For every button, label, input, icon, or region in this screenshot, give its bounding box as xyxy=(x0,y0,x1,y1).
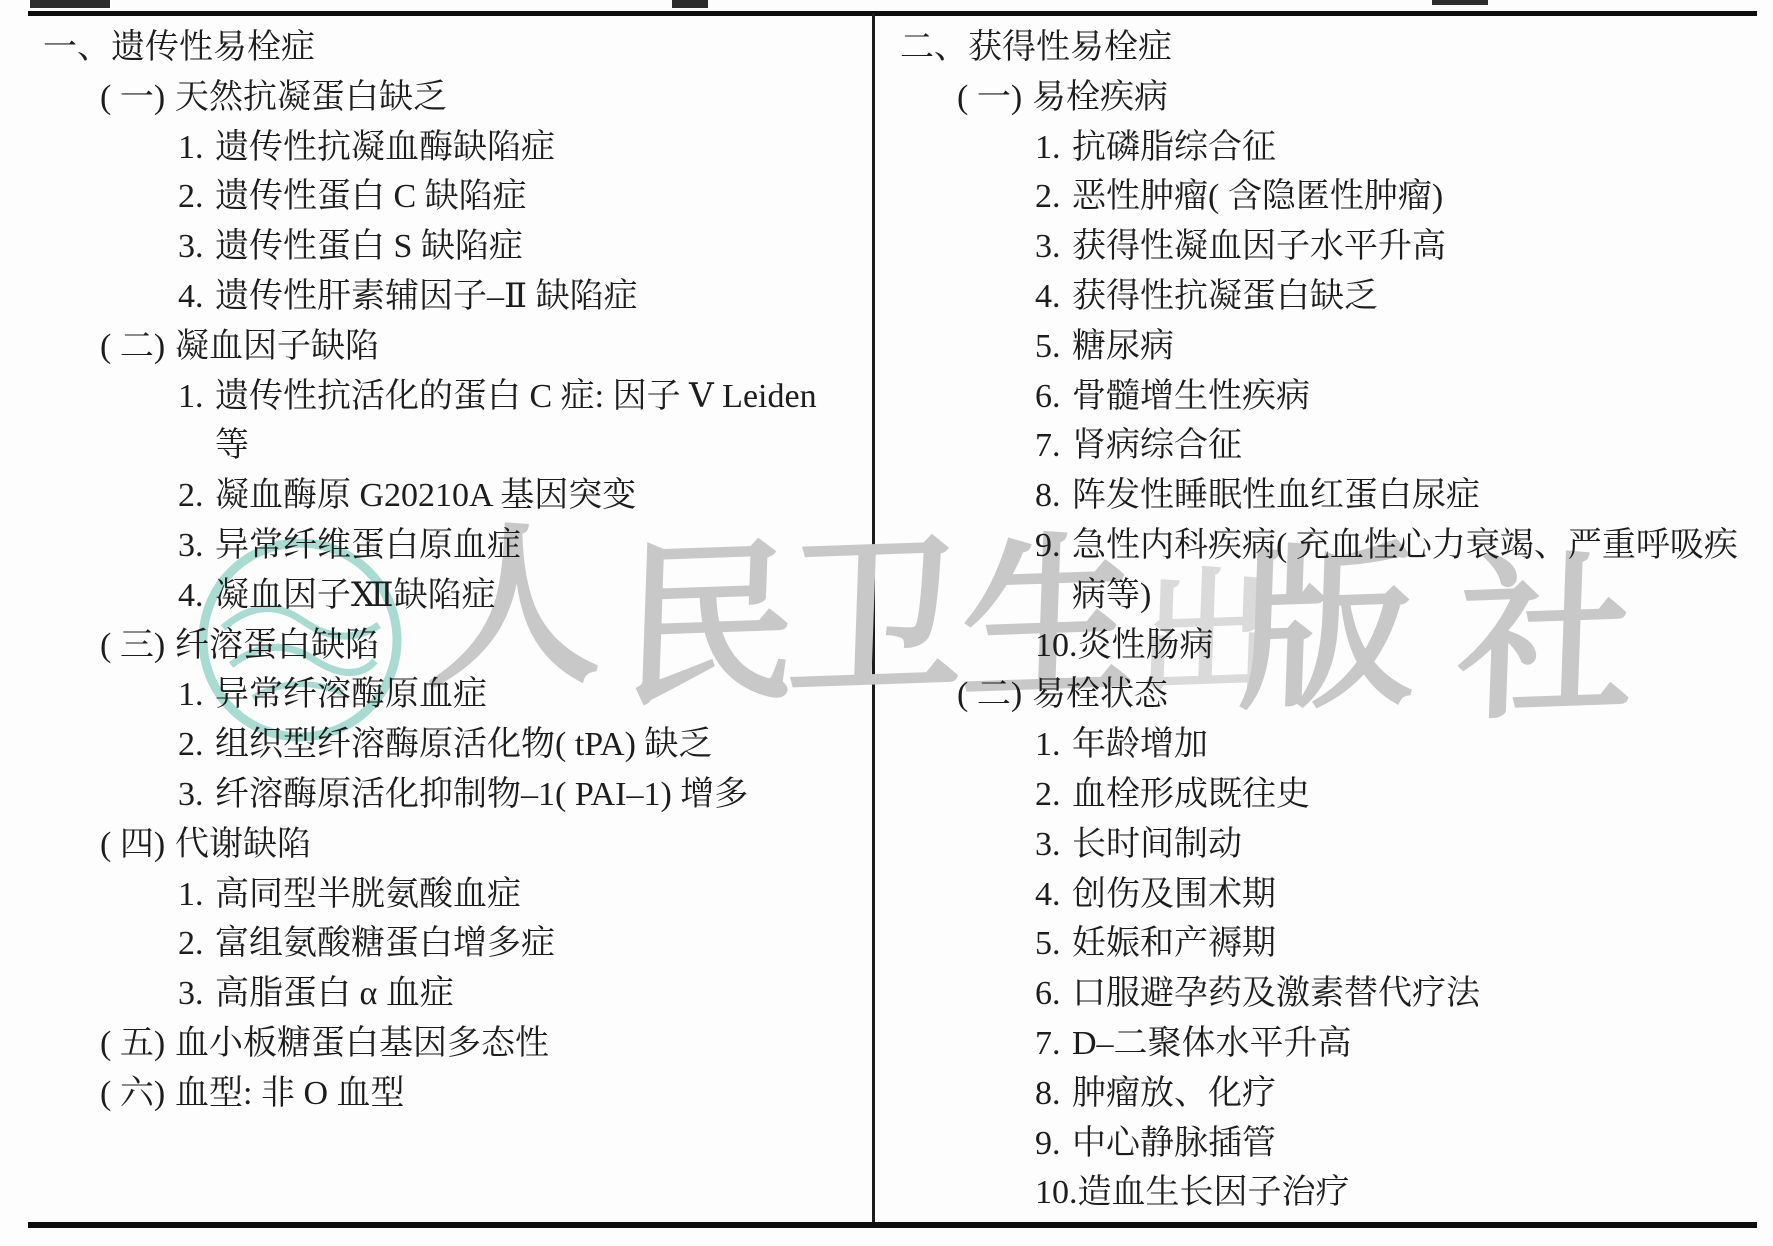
row-text: 血栓形成既往史 xyxy=(1072,776,1310,813)
row-label: ( 五) xyxy=(100,1019,175,1069)
row-label: 2. xyxy=(178,919,215,969)
row-label: 2. xyxy=(178,471,215,521)
row-label: 4. xyxy=(1035,272,1072,322)
row-label: 2. xyxy=(1035,770,1072,820)
list-row: 9.急性内科疾病( 充血性心力衰竭、严重呼吸疾 xyxy=(900,521,1738,571)
row-label: 10. xyxy=(1035,621,1078,671)
row-text: 凝血酶原 G20210A 基因突变 xyxy=(215,477,636,514)
row-label: 2. xyxy=(1035,172,1072,222)
list-row: ( 一)易栓疾病 xyxy=(900,73,1738,123)
row-text: 高脂蛋白 α 血症 xyxy=(215,975,454,1012)
list-row: 2.富组氨酸糖蛋白增多症 xyxy=(43,919,817,969)
list-row: 2.恶性肿瘤( 含隐匿性肿瘤) xyxy=(900,172,1738,222)
row-label: 9. xyxy=(1035,521,1072,571)
list-row: 4.创伤及围术期 xyxy=(900,870,1738,920)
row-label: 3. xyxy=(1035,222,1072,272)
row-text: 糖尿病 xyxy=(1072,328,1174,365)
list-row: 10.造血生长因子治疗 xyxy=(900,1168,1738,1218)
column-divider xyxy=(872,13,875,1222)
row-text: 获得性抗凝蛋白缺乏 xyxy=(1072,278,1378,315)
row-label: ( 一) xyxy=(957,73,1032,123)
row-text: 造血生长因子治疗 xyxy=(1078,1174,1350,1211)
list-row: 9.中心静脉插管 xyxy=(900,1119,1738,1169)
row-text: 恶性肿瘤( 含隐匿性肿瘤) xyxy=(1072,178,1443,215)
row-text: D–二聚体水平升高 xyxy=(1072,1025,1352,1062)
list-row: 7.肾病综合征 xyxy=(900,421,1738,471)
list-row: 1.抗磷脂综合征 xyxy=(900,123,1738,173)
list-row: 一、遗传性易栓症 xyxy=(43,23,817,73)
list-row: 6.骨髓增生性疾病 xyxy=(900,372,1738,422)
row-text: 阵发性睡眠性血红蛋白尿症 xyxy=(1072,477,1480,514)
row-text: 血型: 非 O 血型 xyxy=(175,1075,405,1112)
row-label: 8. xyxy=(1035,1069,1072,1119)
row-label: 2. xyxy=(178,172,215,222)
row-label: 7. xyxy=(1035,1019,1072,1069)
row-text: 骨髓增生性疾病 xyxy=(1072,378,1310,415)
row-text: 异常纤维蛋白原血症 xyxy=(215,527,521,564)
row-label: 1. xyxy=(1035,123,1072,173)
row-label: 4. xyxy=(1035,870,1072,920)
row-text: 组织型纤溶酶原活化物( tPA) 缺乏 xyxy=(215,726,712,763)
row-label: 6. xyxy=(1035,969,1072,1019)
list-row: 2.遗传性蛋白 C 缺陷症 xyxy=(43,172,817,222)
list-row: 5.糖尿病 xyxy=(900,322,1738,372)
row-label: ( 二) xyxy=(100,322,175,372)
hereditary-column: 一、遗传性易栓症( 一)天然抗凝蛋白缺乏1.遗传性抗凝血酶缺陷症2.遗传性蛋白 … xyxy=(43,23,817,1119)
list-row: 3.获得性凝血因子水平升高 xyxy=(900,222,1738,272)
row-label: 2. xyxy=(178,720,215,770)
row-label: 3. xyxy=(178,770,215,820)
row-text: 易栓状态 xyxy=(1032,676,1168,713)
list-row: 5.妊娠和产褥期 xyxy=(900,919,1738,969)
row-text: 抗磷脂综合征 xyxy=(1072,129,1276,166)
list-row: 7.D–二聚体水平升高 xyxy=(900,1019,1738,1069)
list-row: 8.阵发性睡眠性血红蛋白尿症 xyxy=(900,471,1738,521)
row-text: 肾病综合征 xyxy=(1072,427,1242,464)
row-label: ( 三) xyxy=(100,621,175,671)
row-label: ( 一) xyxy=(100,73,175,123)
list-row: 3.长时间制动 xyxy=(900,820,1738,870)
page-edge-artifact xyxy=(30,0,110,8)
row-label: 3. xyxy=(1035,820,1072,870)
row-text: 天然抗凝蛋白缺乏 xyxy=(175,79,447,116)
row-text: 易栓疾病 xyxy=(1032,79,1168,116)
list-row: ( 五)血小板糖蛋白基因多态性 xyxy=(43,1019,817,1069)
row-label: 10. xyxy=(1035,1168,1078,1218)
row-label: ( 四) xyxy=(100,820,175,870)
bottom-rule xyxy=(28,1222,1757,1228)
list-row: 二、获得性易栓症 xyxy=(900,23,1738,73)
row-label: 1. xyxy=(178,372,215,422)
list-row: 等 xyxy=(43,421,817,471)
row-label: 4. xyxy=(178,272,215,322)
list-row: 10.炎性肠病 xyxy=(900,621,1738,671)
list-row: 6.口服避孕药及激素替代疗法 xyxy=(900,969,1738,1019)
page-edge-artifact xyxy=(1432,0,1488,5)
row-text: 炎性肠病 xyxy=(1078,627,1214,664)
row-text: 凝血因子缺陷 xyxy=(175,328,379,365)
row-text: 纤溶蛋白缺陷 xyxy=(175,627,379,664)
row-text: 急性内科疾病( 充血性心力衰竭、严重呼吸疾 xyxy=(1072,527,1738,564)
row-label: 1. xyxy=(178,670,215,720)
row-label: ( 二) xyxy=(957,670,1032,720)
list-row: 3.纤溶酶原活化抑制物–1( PAI–1) 增多 xyxy=(43,770,817,820)
row-label: 1. xyxy=(178,123,215,173)
row-label: 3. xyxy=(178,521,215,571)
row-text: 获得性凝血因子水平升高 xyxy=(1072,228,1446,265)
list-row: ( 一)天然抗凝蛋白缺乏 xyxy=(43,73,817,123)
row-label: 8. xyxy=(1035,471,1072,521)
row-label: 5. xyxy=(1035,322,1072,372)
list-row: 4.遗传性肝素辅因子–Ⅱ 缺陷症 xyxy=(43,272,817,322)
row-label: 3. xyxy=(178,222,215,272)
list-row: 病等) xyxy=(900,571,1738,621)
row-text: 纤溶酶原活化抑制物–1( PAI–1) 增多 xyxy=(215,776,748,813)
row-text: 等 xyxy=(215,427,249,464)
row-label: 5. xyxy=(1035,919,1072,969)
list-row: ( 二)易栓状态 xyxy=(900,670,1738,720)
acquired-column: 二、获得性易栓症( 一)易栓疾病1.抗磷脂综合征2.恶性肿瘤( 含隐匿性肿瘤)3… xyxy=(900,23,1738,1218)
list-row: 2.凝血酶原 G20210A 基因突变 xyxy=(43,471,817,521)
list-row: 1.遗传性抗凝血酶缺陷症 xyxy=(43,123,817,173)
row-text: 妊娠和产褥期 xyxy=(1072,925,1276,962)
book-page: 人 民 卫 生 出 版 社 一、遗传性易栓症( 一)天然抗凝蛋白缺乏1.遗传性抗… xyxy=(0,0,1773,1246)
row-text: 代谢缺陷 xyxy=(175,826,311,863)
row-text: 遗传性易栓症 xyxy=(111,29,315,66)
row-text: 凝血因子Ⅻ缺陷症 xyxy=(215,577,496,614)
row-text: 遗传性抗活化的蛋白 C 症: 因子 Ⅴ Leiden xyxy=(215,378,817,415)
list-row: 4.获得性抗凝蛋白缺乏 xyxy=(900,272,1738,322)
row-text: 血小板糖蛋白基因多态性 xyxy=(175,1025,549,1062)
list-row: 3.异常纤维蛋白原血症 xyxy=(43,521,817,571)
list-row: 1.异常纤溶酶原血症 xyxy=(43,670,817,720)
row-label: 3. xyxy=(178,969,215,1019)
row-text: 遗传性肝素辅因子–Ⅱ 缺陷症 xyxy=(215,278,638,315)
row-label: 1. xyxy=(178,870,215,920)
row-text: 遗传性蛋白 C 缺陷症 xyxy=(215,178,527,215)
row-text: 富组氨酸糖蛋白增多症 xyxy=(215,925,555,962)
row-label: 7. xyxy=(1035,421,1072,471)
row-label: 一、 xyxy=(43,29,111,66)
list-row: 3.遗传性蛋白 S 缺陷症 xyxy=(43,222,817,272)
row-text: 遗传性蛋白 S 缺陷症 xyxy=(215,228,523,265)
row-text: 异常纤溶酶原血症 xyxy=(215,676,487,713)
list-row: 1.年龄增加 xyxy=(900,720,1738,770)
list-row: 3.高脂蛋白 α 血症 xyxy=(43,969,817,1019)
row-label: 9. xyxy=(1035,1119,1072,1169)
list-row: ( 六)血型: 非 O 血型 xyxy=(43,1069,817,1119)
row-label: 6. xyxy=(1035,372,1072,422)
list-row: ( 二)凝血因子缺陷 xyxy=(43,322,817,372)
list-row: ( 四)代谢缺陷 xyxy=(43,820,817,870)
row-label: 二、 xyxy=(900,29,968,66)
list-row: 8.肿瘤放、化疗 xyxy=(900,1069,1738,1119)
row-text: 高同型半胱氨酸血症 xyxy=(215,876,521,913)
row-text: 中心静脉插管 xyxy=(1072,1125,1276,1162)
list-row: 1.遗传性抗活化的蛋白 C 症: 因子 Ⅴ Leiden xyxy=(43,372,817,422)
row-label: 1. xyxy=(1035,720,1072,770)
row-text: 遗传性抗凝血酶缺陷症 xyxy=(215,129,555,166)
row-text: 肿瘤放、化疗 xyxy=(1072,1075,1276,1112)
row-text: 病等) xyxy=(1072,577,1151,614)
row-label: 4. xyxy=(178,571,215,621)
list-row: 2.组织型纤溶酶原活化物( tPA) 缺乏 xyxy=(43,720,817,770)
row-label: ( 六) xyxy=(100,1069,175,1119)
list-row: 1.高同型半胱氨酸血症 xyxy=(43,870,817,920)
list-row: 2.血栓形成既往史 xyxy=(900,770,1738,820)
list-row: ( 三)纤溶蛋白缺陷 xyxy=(43,621,817,671)
row-text: 口服避孕药及激素替代疗法 xyxy=(1072,975,1480,1012)
list-row: 4.凝血因子Ⅻ缺陷症 xyxy=(43,571,817,621)
top-rule xyxy=(28,11,1757,16)
row-text: 获得性易栓症 xyxy=(968,29,1172,66)
row-text: 长时间制动 xyxy=(1072,826,1242,863)
row-text: 创伤及围术期 xyxy=(1072,876,1276,913)
page-edge-artifact xyxy=(672,0,708,8)
row-text: 年龄增加 xyxy=(1072,726,1208,763)
